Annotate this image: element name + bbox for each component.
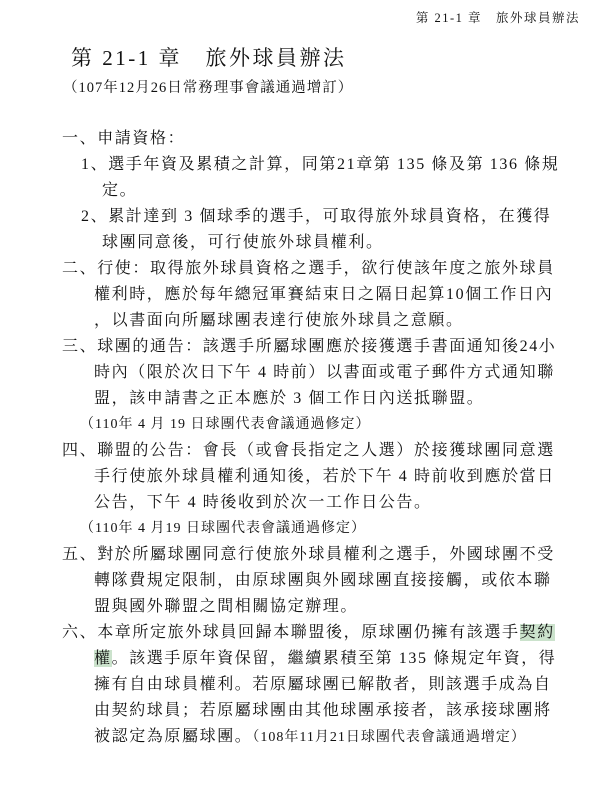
document-line: （110年 4 月19 日球團代表會議通過修定） bbox=[0, 516, 595, 542]
document-line: 盟與國外聯盟之間相關協定辦理。 bbox=[0, 594, 595, 620]
text-segment: 定。 bbox=[102, 182, 137, 199]
text-segment: 三、球團的通告：該選手所屬球團應於接獲選手書面通知後24小 bbox=[62, 338, 556, 355]
text-segment: （110年 4 月19 日球團代表會議通過修定） bbox=[80, 521, 366, 536]
text-segment: 轉隊費規定限制，由原球團與外國球團直接接觸，或依本聯 bbox=[94, 572, 552, 589]
text-segment: 盟，該申請書之正本應於 3 個工作日內送抵聯盟。 bbox=[94, 390, 484, 407]
document-line: （110年 4 月 19 日球團代表會議通過修定） bbox=[0, 412, 595, 438]
text-segment: （110年 4 月 19 日球團代表會議通過修定） bbox=[80, 417, 370, 432]
text-segment: 權利時，應於每年總冠軍賽結束日之隔日起算10個工作日內 bbox=[94, 286, 553, 303]
document-line: 球團同意後，可行使旅外球員權利。 bbox=[0, 230, 595, 256]
text-segment: 時內（限於次日下午 4 時前）以書面或電子郵件方式通知聯 bbox=[94, 364, 555, 381]
text-segment: 五、對於所屬球團同意行使旅外球員權利之選手，外國球團不受 bbox=[62, 546, 555, 563]
text-segment: （108年11月21日球團代表會議通過增定） bbox=[252, 730, 525, 745]
highlighted-text: 權 bbox=[94, 650, 112, 667]
document-line: 定。 bbox=[0, 178, 595, 204]
document-line: 四、聯盟的公告：會長（或會長指定之人選）於接獲球團同意選 bbox=[0, 438, 595, 464]
document-line: 由契約球員；若原屬球團由其他球團承接者，該承接球團將 bbox=[0, 698, 595, 724]
text-segment: 一、申請資格： bbox=[62, 130, 185, 147]
document-line: 轉隊費規定限制，由原球團與外國球團直接接觸，或依本聯 bbox=[0, 568, 595, 594]
text-segment: 公告，下午 4 時後收到於次一工作日公告。 bbox=[94, 494, 432, 511]
document-line: 六、本章所定旅外球員回歸本聯盟後，原球團仍擁有該選手契約 bbox=[0, 620, 595, 646]
document-page: { "page": { "running_header": "第 21-1 章 … bbox=[0, 0, 595, 788]
text-segment: 被認定為原屬球團。 bbox=[94, 728, 252, 745]
document-line: 2、累計達到 3 個球季的選手，可取得旅外球員資格，在獲得 bbox=[0, 204, 595, 230]
document-line: 權利時，應於每年總冠軍賽結束日之隔日起算10個工作日內 bbox=[0, 282, 595, 308]
document-line: 時內（限於次日下午 4 時前）以書面或電子郵件方式通知聯 bbox=[0, 360, 595, 386]
text-segment: 二、行使：取得旅外球員資格之選手，欲行使該年度之旅外球員 bbox=[62, 260, 555, 277]
text-segment: ，以書面向所屬球團表達行使旅外球員之意願。 bbox=[94, 312, 464, 329]
highlighted-text: 契約 bbox=[520, 624, 555, 641]
document-line: ，以書面向所屬球團表達行使旅外球員之意願。 bbox=[0, 308, 595, 334]
document-line: 盟，該申請書之正本應於 3 個工作日內送抵聯盟。 bbox=[0, 386, 595, 412]
document-line: 公告，下午 4 時後收到於次一工作日公告。 bbox=[0, 490, 595, 516]
document-body: 一、申請資格：1、選手年資及累積之計算，同第21章第 135 條及第 136 條… bbox=[0, 126, 595, 750]
text-segment: 2、累計達到 3 個球季的選手，可取得旅外球員資格，在獲得 bbox=[81, 208, 551, 225]
page-subtitle: （107年12月26日常務理事會議通過增訂） bbox=[63, 76, 353, 97]
document-line: 二、行使：取得旅外球員資格之選手，欲行使該年度之旅外球員 bbox=[0, 256, 595, 282]
text-segment: 由契約球員；若原屬球團由其他球團承接者，該承接球團將 bbox=[94, 702, 552, 719]
document-line: 權。該選手原年資保留，繼續累積至第 135 條規定年資，得 bbox=[0, 646, 595, 672]
document-line: 被認定為原屬球團。（108年11月21日球團代表會議通過增定） bbox=[0, 724, 595, 750]
text-segment: 六、本章所定旅外球員回歸本聯盟後，原球團仍擁有該選手 bbox=[62, 624, 520, 641]
document-line: 手行使旅外球員權利通知後，若於下午 4 時前收到應於當日 bbox=[0, 464, 595, 490]
text-segment: 。該選手原年資保留，繼續累積至第 135 條規定年資，得 bbox=[112, 650, 557, 667]
document-line: 1、選手年資及累積之計算，同第21章第 135 條及第 136 條規 bbox=[0, 152, 595, 178]
document-line: 擁有自由球員權利。若原屬球團已解散者，則該選手成為自 bbox=[0, 672, 595, 698]
text-segment: 手行使旅外球員權利通知後，若於下午 4 時前收到應於當日 bbox=[94, 468, 555, 485]
page-title: 第 21-1 章 旅外球員辦法 bbox=[71, 42, 347, 72]
text-segment: 盟與國外聯盟之間相關協定辦理。 bbox=[94, 598, 358, 615]
text-segment: 四、聯盟的公告：會長（或會長指定之人選）於接獲球團同意選 bbox=[62, 442, 555, 459]
running-header: 第 21-1 章 旅外球員辦法 bbox=[416, 8, 580, 26]
document-line: 五、對於所屬球團同意行使旅外球員權利之選手，外國球團不受 bbox=[0, 542, 595, 568]
text-segment: 擁有自由球員權利。若原屬球團已解散者，則該選手成為自 bbox=[94, 676, 552, 693]
document-line: 一、申請資格： bbox=[0, 126, 595, 152]
text-segment: 球團同意後，可行使旅外球員權利。 bbox=[102, 234, 384, 251]
text-segment: 1、選手年資及累積之計算，同第21章第 135 條及第 136 條規 bbox=[81, 156, 559, 173]
document-line: 三、球團的通告：該選手所屬球團應於接獲選手書面通知後24小 bbox=[0, 334, 595, 360]
